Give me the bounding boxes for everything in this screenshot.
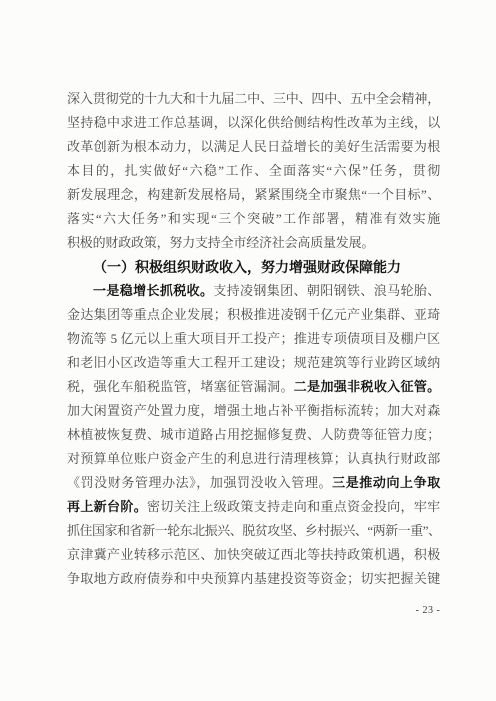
text-line: 林植被恢复费、城市道路占用挖掘修复费、人防费等征管力度； xyxy=(67,423,440,447)
text-run: 和老旧小区改造等重大工程开工建设；规范建筑等行业跨区域纳 xyxy=(67,355,440,370)
text-line: 再上新台阶。密切关注上级政策支持走向和重点资金投向，牢牢 xyxy=(67,495,440,519)
text-line: 《罚没财务管理办法》，加强罚没收入管理。三是推动向上争取 xyxy=(67,471,440,495)
text-run: 京津冀产业转移示范区、加快突破辽西北等扶持政策机遇，积极 xyxy=(67,547,440,562)
text-run: 加大闲置资产处置力度，增强土地占补平衡指标流转；加大对森 xyxy=(67,403,440,418)
text-run: 支持凌钢集团、朝阳钢铁、浪马轮胎、 xyxy=(213,283,440,298)
text-line: 积极的财政政策，努力支持全市经济社会高质量发展。 xyxy=(67,231,440,255)
text-run: 积极的财政政策，努力支持全市经济社会高质量发展。 xyxy=(67,235,374,250)
text-line: 深入贯彻党的十九大和十九届二中、三中、四中、五中全会精神， xyxy=(67,87,440,111)
text-run: 金达集团等重点企业发展；积极推进凌钢千亿元产业集群、亚琦 xyxy=(67,307,440,322)
text-line: 和老旧小区改造等重大工程开工建设；规范建筑等行业跨区域纳 xyxy=(67,351,440,375)
text-run: 争取地方政府债券和中央预算内基建投资等资金；切实把握关键 xyxy=(67,571,440,586)
text-line: 争取地方政府债券和中央预算内基建投资等资金；切实把握关键 xyxy=(67,567,440,591)
text-line: 金达集团等重点企业发展；积极推进凌钢千亿元产业集群、亚琦 xyxy=(67,303,440,327)
text-run: 抓住国家和省新一轮东北振兴、脱贫攻坚、乡村振兴、“两新一重”、 xyxy=(67,523,440,538)
text-line: 京津冀产业转移示范区、加快突破辽西北等扶持政策机遇，积极 xyxy=(67,543,440,567)
bold-text-run: 再上新台阶。 xyxy=(67,499,147,514)
text-run: 改革创新为根本动力，以满足人民日益增长的美好生活需要为根 xyxy=(67,139,440,154)
text-run: 税，强化车船税监管，堵塞征管漏洞。 xyxy=(67,379,294,394)
text-run: 密切关注上级政策支持走向和重点资金投向，牢牢 xyxy=(147,499,440,514)
text-run: 深入贯彻党的十九大和十九届二中、三中、四中、五中全会精神， xyxy=(67,91,440,106)
text-run: 林植被恢复费、城市道路占用挖掘修复费、人防费等征管力度； xyxy=(67,427,440,442)
text-run: 物流等 5 亿元以上重大项目开工投产；推进专项债项目及棚户区 xyxy=(67,331,440,346)
bold-text-run: 二是加强非税收入征管。 xyxy=(294,379,440,394)
text-run: 坚持稳中求进工作总基调，以深化供给侧结构性改革为主线，以 xyxy=(67,115,440,130)
text-run: 本目的，扎实做好“六稳”工作、全面落实“六保”任务，贯彻 xyxy=(67,163,440,178)
text-line: 抓住国家和省新一轮东北振兴、脱贫攻坚、乡村振兴、“两新一重”、 xyxy=(67,519,440,543)
text-run: 落实“六大任务”和实现“三个突破”工作部署，精准有效实施 xyxy=(67,211,440,226)
text-run: 《罚没财务管理办法》，加强罚没收入管理。 xyxy=(67,475,332,490)
text-line: 物流等 5 亿元以上重大项目开工投产；推进专项债项目及棚户区 xyxy=(67,327,440,351)
text-line: 改革创新为根本动力，以满足人民日益增长的美好生活需要为根 xyxy=(67,135,440,159)
text-line: 税，强化车船税监管，堵塞征管漏洞。二是加强非税收入征管。 xyxy=(67,375,440,399)
text-line: 加大闲置资产处置力度，增强土地占补平衡指标流转；加大对森 xyxy=(67,399,440,423)
bold-text-run: （一）积极组织财政收入，努力增强财政保障能力 xyxy=(93,259,401,275)
text-run: 新发展理念，构建新发展格局，紧紧围绕全市聚焦“一个目标”、 xyxy=(67,187,440,202)
bold-text-run: 三是推动向上争取 xyxy=(332,475,440,490)
text-line: 坚持稳中求进工作总基调，以深化供给侧结构性改革为主线，以 xyxy=(67,111,440,135)
text-run: 对预算单位账户资金产生的利息进行清理核算；认真执行财政部 xyxy=(67,451,440,466)
bold-text-run: 一是稳增长抓税收。 xyxy=(93,283,213,298)
document-page: 深入贯彻党的十九大和十九届二中、三中、四中、五中全会精神，坚持稳中求进工作总基调… xyxy=(0,0,496,701)
text-line: 本目的，扎实做好“六稳”工作、全面落实“六保”任务，贯彻 xyxy=(67,159,440,183)
page-number: - 23 - xyxy=(408,605,448,617)
document-body: 深入贯彻党的十九大和十九届二中、三中、四中、五中全会精神，坚持稳中求进工作总基调… xyxy=(67,87,440,591)
text-line: 一是稳增长抓税收。支持凌钢集团、朝阳钢铁、浪马轮胎、 xyxy=(67,279,440,303)
text-line: 新发展理念，构建新发展格局，紧紧围绕全市聚焦“一个目标”、 xyxy=(67,183,440,207)
section-heading-line: （一）积极组织财政收入，努力增强财政保障能力 xyxy=(67,255,440,279)
text-line: 落实“六大任务”和实现“三个突破”工作部署，精准有效实施 xyxy=(67,207,440,231)
text-line: 对预算单位账户资金产生的利息进行清理核算；认真执行财政部 xyxy=(67,447,440,471)
